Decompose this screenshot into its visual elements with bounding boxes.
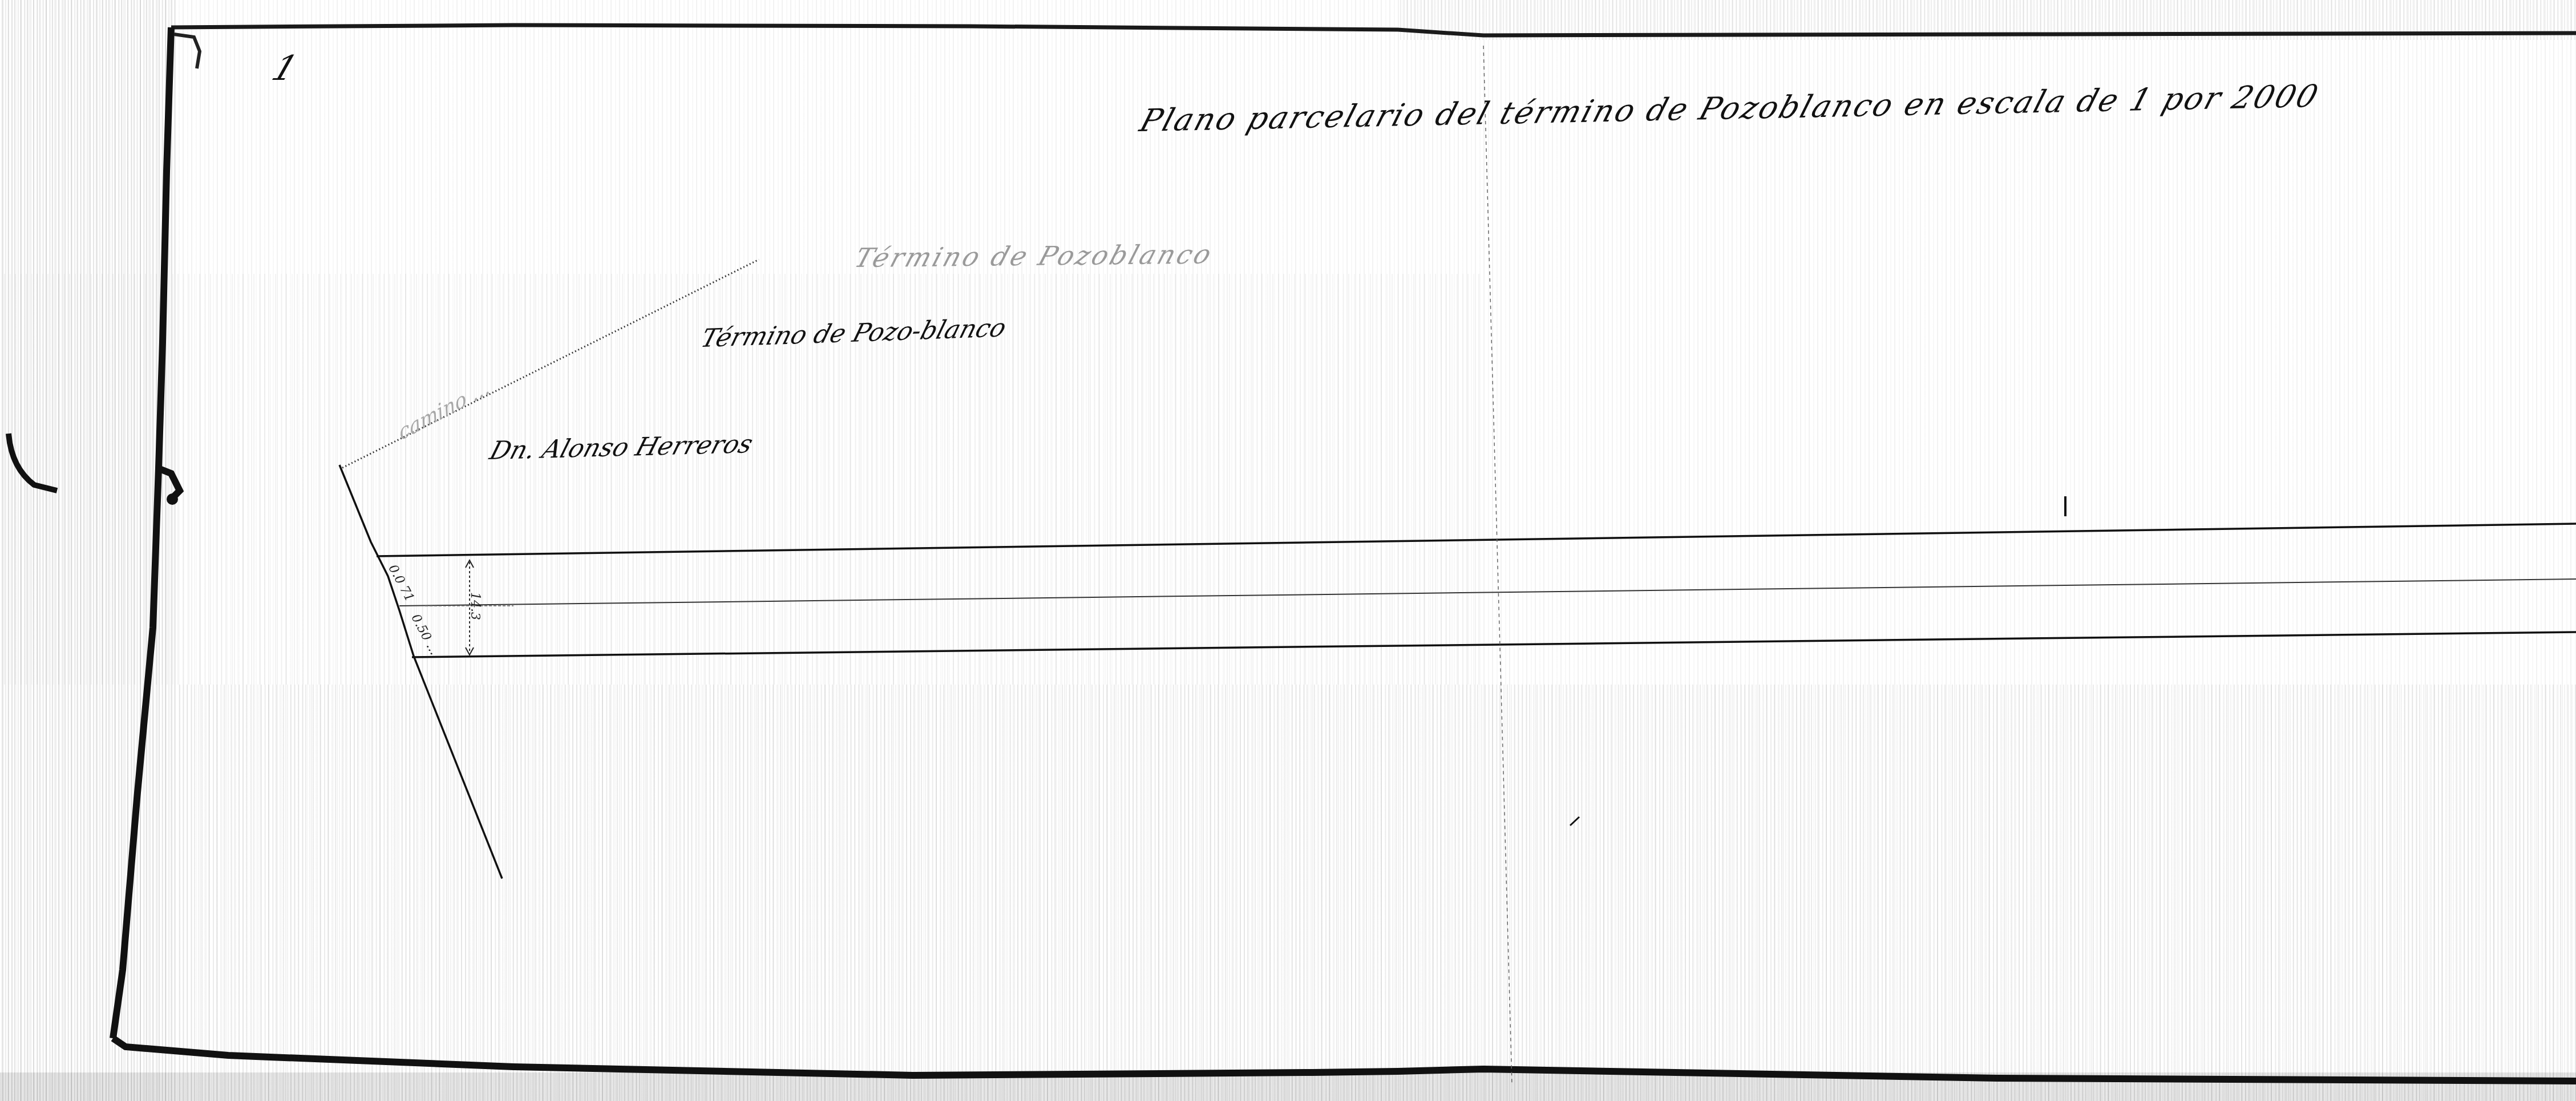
- folded-corner: [174, 34, 200, 68]
- fold-line: [1483, 46, 1512, 1084]
- paper-bottom-edge: [113, 1038, 2576, 1081]
- map-drawing: [0, 0, 2576, 1101]
- parcel-line-middle: [399, 579, 2576, 606]
- paper-left-edge: [113, 27, 171, 1038]
- strip-width-measure: 14.3: [468, 592, 482, 620]
- binding-tear: [9, 434, 57, 491]
- parcel-line-lower: [412, 632, 2576, 657]
- boundary-line: [339, 465, 502, 879]
- faint-upper-label: Término de Pozoblanco: [851, 238, 1218, 273]
- parcel-line-upper: [377, 524, 2576, 556]
- stray-mark: [1570, 817, 1579, 825]
- paper-top-edge: [171, 25, 2576, 35]
- arrow-down-icon: [466, 647, 474, 655]
